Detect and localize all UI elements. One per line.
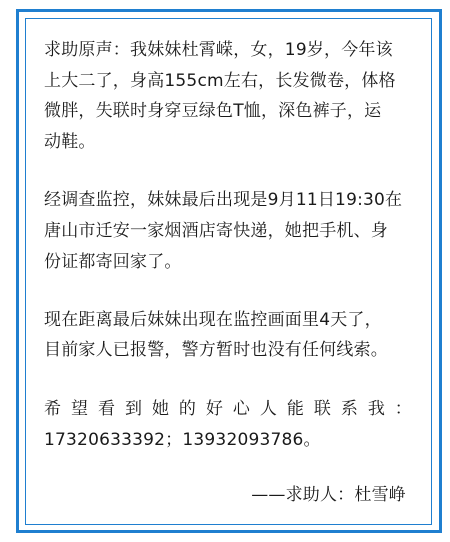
contact-request-char: 人: [260, 398, 277, 420]
paragraph-2-line-1: 经调查监控，妹妹最后出现是9月11日19:30在: [44, 189, 412, 211]
paragraph-3-line-2: 目前家人已报警，警方暂时也没有任何线索。: [44, 339, 412, 361]
contact-request-char: 望: [71, 398, 88, 420]
contact-request-char: 的: [179, 398, 196, 420]
contact-request-char: 系: [341, 398, 358, 420]
paragraph-1-line-3: 微胖，失联时身穿豆绿色T恤，深色裤子，运: [44, 100, 412, 122]
contact-request-char: 心: [233, 398, 250, 420]
contact-request-char: 我: [368, 398, 385, 420]
paragraph-1-line-1: 求助原声：我妹妹杜霄嵘，女，19岁，今年该: [44, 39, 412, 61]
contact-request-char: 到: [125, 398, 142, 420]
contact-request-line: 希望看到她的好心人能联系我：: [44, 398, 412, 420]
watermark: [300, 524, 440, 536]
paragraph-2-line-2: 唐山市迁安一家烟酒店寄快递，她把手机、身: [44, 220, 412, 242]
contact-request-char: 她: [152, 398, 169, 420]
contact-request-char: ：: [395, 398, 412, 420]
contact-request-char: 看: [98, 398, 115, 420]
paragraph-1-line-2: 上大二了，身高155cm左右，长发微卷，体格: [44, 70, 412, 92]
signature: ——求助人：杜雪峥: [44, 484, 406, 506]
paragraph-1-line-4: 动鞋。: [44, 131, 412, 153]
contact-request-char: 希: [44, 398, 61, 420]
contact-phone-numbers: 17320633392；13932093786。: [44, 429, 412, 451]
contact-request-char: 能: [287, 398, 304, 420]
contact-request-char: 联: [314, 398, 331, 420]
paragraph-3-line-1: 现在距离最后妹妹出现在监控画面里4天了，: [44, 309, 412, 331]
paragraph-2-line-3: 份证都寄回家了。: [44, 251, 412, 273]
contact-request-char: 好: [206, 398, 223, 420]
